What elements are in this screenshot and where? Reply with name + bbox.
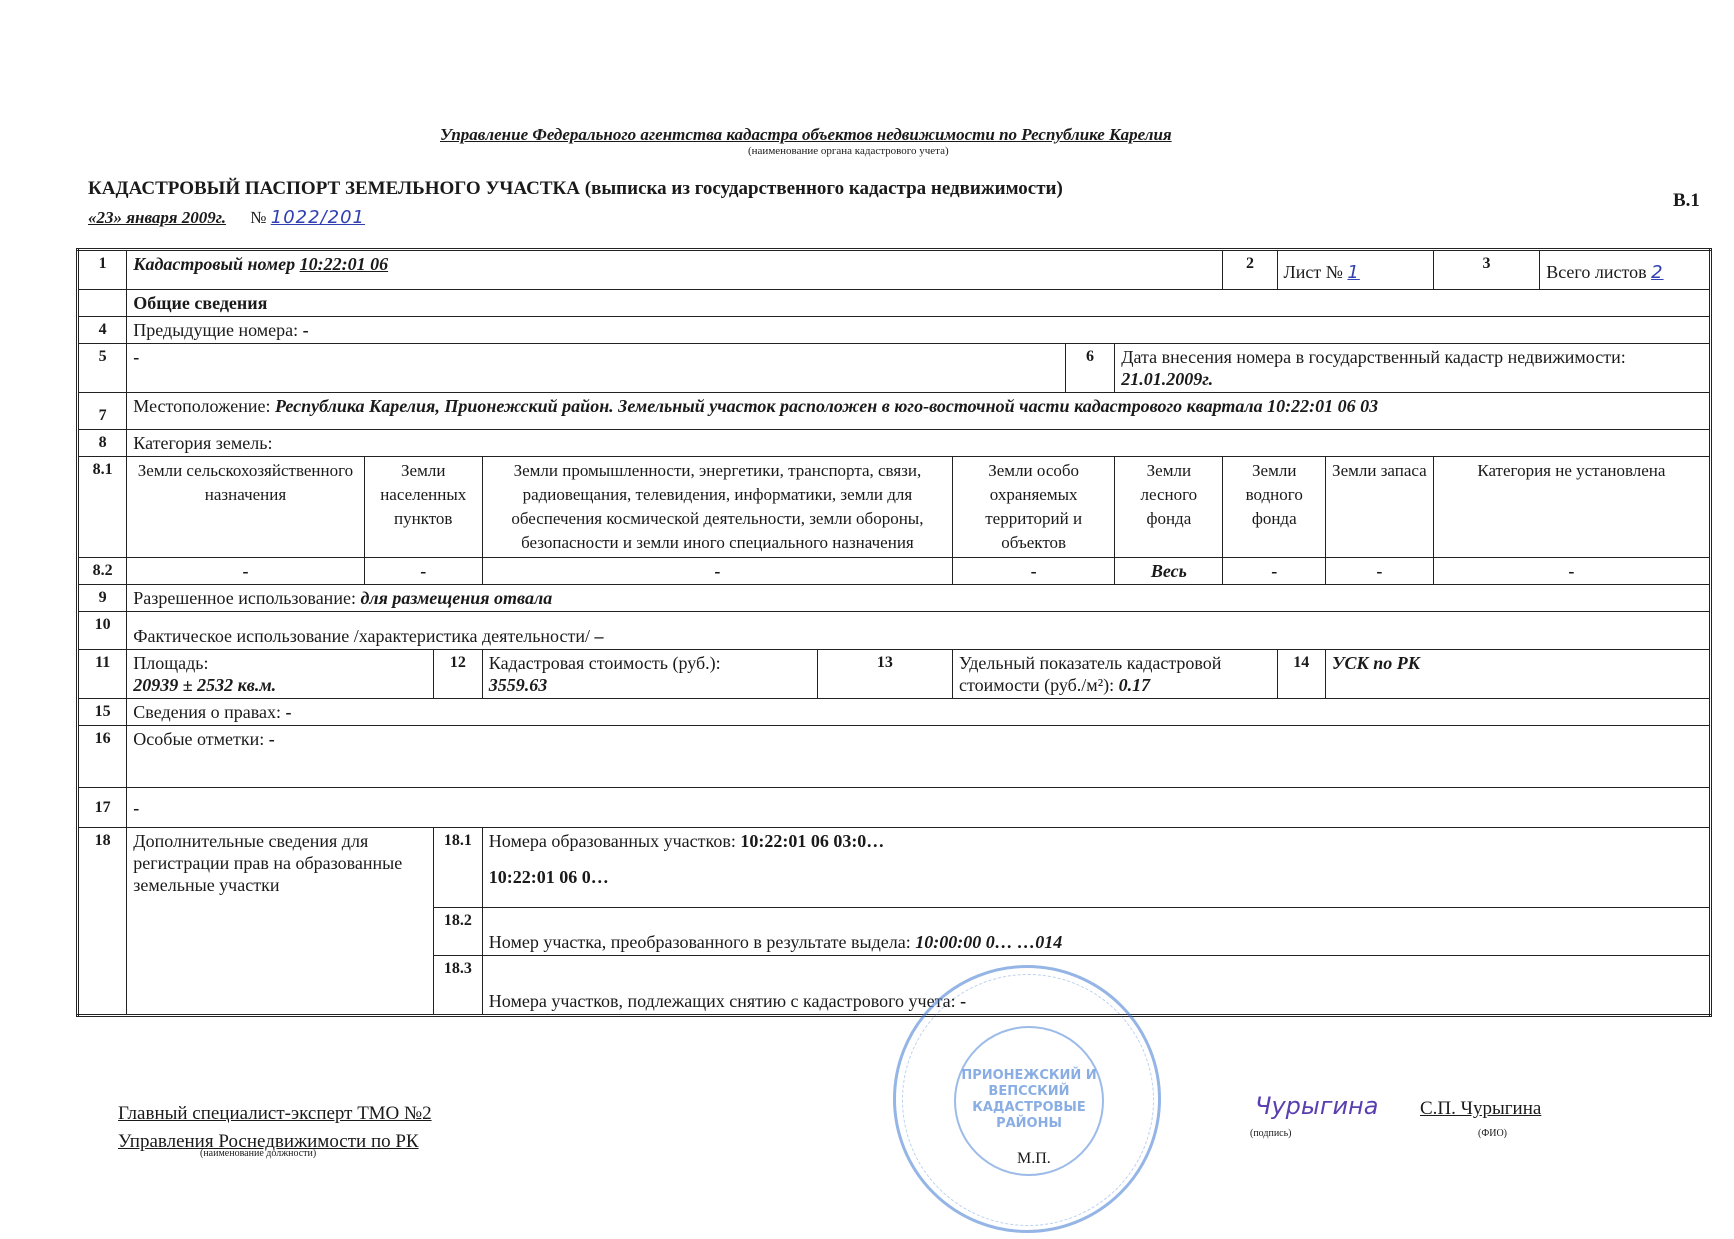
agency-caption: (наименование органа кадастрового учета) <box>748 145 949 157</box>
sheet-number-cell: Лист № 1 <box>1277 250 1433 290</box>
row-9: 9 Разрешенное использование: для размеще… <box>78 585 1711 612</box>
signature-caption: (подпись) <box>1250 1128 1292 1139</box>
special-notes: - <box>269 729 275 749</box>
registration-date: 21.01.2009г. <box>1121 368 1703 390</box>
category-undefined: Категория не установлена <box>1433 457 1710 558</box>
rights-info: - <box>286 702 292 722</box>
general-header: Общие сведения <box>78 290 1711 317</box>
actual-use: – <box>595 626 604 646</box>
formed-parcels-2: 10:22:01 06 0… <box>489 866 1703 888</box>
area: 20939 ± 2532 кв.м. <box>133 674 427 696</box>
row-1: 1 Кадастровый номер 10:22:01 06 2 Лист №… <box>78 250 1711 290</box>
row-10: 10 Фактическое использование /характерис… <box>78 612 1711 650</box>
sheet-number: 1 <box>1347 262 1359 283</box>
total-sheets: 2 <box>1651 262 1663 283</box>
row-8-1: 8.1 Земли сельскохозяйственного назначен… <box>78 457 1711 558</box>
formed-parcels: 10:22:01 06 03:0… <box>740 831 884 851</box>
row-11-14: 11 Площадь: 20939 ± 2532 кв.м. 12 Кадаст… <box>78 650 1711 699</box>
number-label: № <box>250 208 266 227</box>
source-parcel: 10:00:00 0… …014 <box>915 932 1062 952</box>
cadastral-number: 10:22:01 06 <box>300 254 389 274</box>
row-8-2: 8.2 - - - - Весь - - - <box>78 558 1711 585</box>
category-protected: Земли особо охраняемых территорий и объе… <box>953 457 1115 558</box>
row-17: 17 - <box>78 788 1711 828</box>
general-info-heading: Общие сведения <box>127 290 1711 317</box>
cadastral-table: 1 Кадастровый номер 10:22:01 06 2 Лист №… <box>76 248 1712 1017</box>
category-water: Земли водного фонда <box>1223 457 1326 558</box>
category-industry: Земли промышленности, энергетики, трансп… <box>482 457 952 558</box>
seal-label: М.П. <box>1017 1150 1051 1168</box>
stamp-text: ПРИОНЕЖСКИЙ И ВЕПССКИЙ КАДАСТРОВЫЕ РАЙОН… <box>956 1068 1102 1132</box>
category-forest: Земли лесного фонда <box>1115 457 1223 558</box>
document-title: КАДАСТРОВЫЙ ПАСПОРТ ЗЕМЕЛЬНОГО УЧАСТКА (… <box>88 178 1063 200</box>
row-15: 15 Сведения о правах: - <box>78 699 1711 726</box>
signature: Чурыгина <box>1255 1092 1378 1120</box>
row-18-1: 18 Дополнительные сведения для регистрац… <box>78 828 1711 908</box>
row-7: 7 Местоположение: Республика Карелия, Пр… <box>78 393 1711 430</box>
date-line: «23» января 2009г. № 1022/201 <box>88 207 365 228</box>
document-date: «23» января 2009г. <box>88 208 226 227</box>
additional-info-label: Дополнительные сведения для регистрации … <box>127 828 434 1016</box>
document-number: 1022/201 <box>271 207 365 228</box>
category-forest-value: Весь <box>1115 558 1223 585</box>
location: Республика Карелия, Прионежский район. З… <box>275 396 1378 416</box>
row-16: 16 Особые отметки: - <box>78 726 1711 788</box>
row-5-6: 5 - 6 Дата внесения номера в государстве… <box>78 344 1711 393</box>
agency-name: Управление Федерального агентства кадаст… <box>440 125 1172 145</box>
category-settlements: Земли населенных пунктов <box>364 457 482 558</box>
row-4: 4 Предыдущие номера: - <box>78 317 1711 344</box>
category-reserve: Земли запаса <box>1325 457 1433 558</box>
cadastral-value: 3559.63 <box>489 674 811 696</box>
issuing-authority: УСК по РК <box>1325 650 1710 699</box>
category-agricultural: Земли сельскохозяйственного назначения <box>127 457 364 558</box>
total-sheets-cell: Всего листов 2 <box>1540 250 1711 290</box>
specific-value: 0.17 <box>1119 675 1151 695</box>
form-code: В.1 <box>1673 190 1700 212</box>
position-line-1: Главный специалист-эксперт ТМО №2 <box>118 1100 432 1128</box>
cadastral-number-cell: Кадастровый номер 10:22:01 06 <box>127 250 1223 290</box>
name-caption: (ФИО) <box>1478 1128 1507 1139</box>
signer-name: С.П. Чурыгина <box>1420 1098 1541 1120</box>
row-8: 8 Категория земель: <box>78 430 1711 457</box>
official-stamp: ПРИОНЕЖСКИЙ И ВЕПССКИЙ КАДАСТРОВЫЕ РАЙОН… <box>893 965 1161 1233</box>
previous-numbers: - <box>303 320 309 340</box>
row-num: 1 <box>78 250 127 290</box>
permitted-use: для размещения отвала <box>360 588 552 608</box>
position-caption: (наименование должности) <box>200 1148 316 1159</box>
